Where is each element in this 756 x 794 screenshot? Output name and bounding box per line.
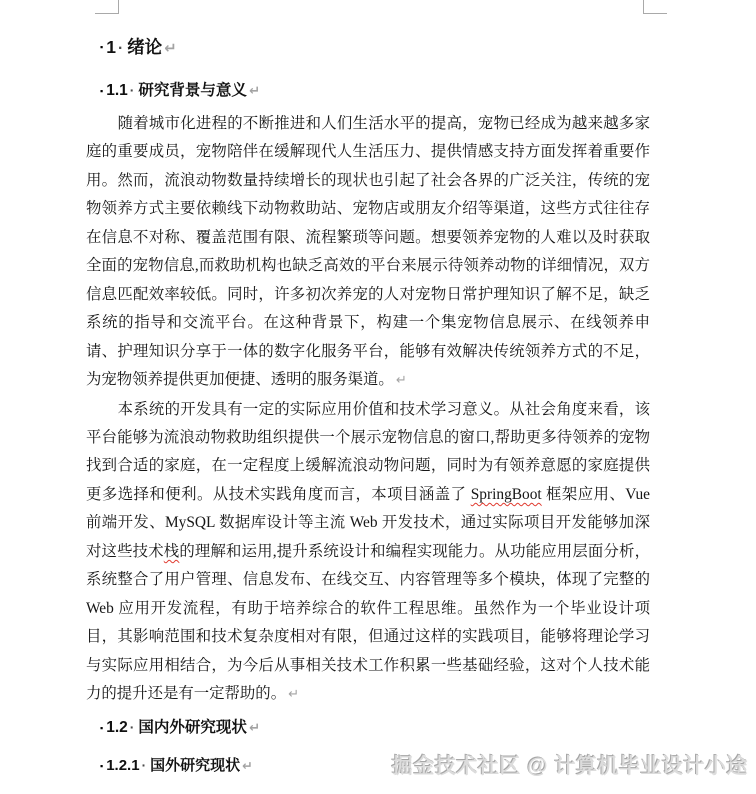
heading-style-marker-icon: ▪ bbox=[100, 86, 103, 96]
heading-number: 1.2.1 bbox=[106, 757, 139, 774]
document-page: ▪1·绪论↵ ▪1.1·研究背景与意义↵ 随着城市化进程的不断推进和人们生活水平… bbox=[0, 0, 756, 794]
heading-1-1-section: ▪1.1·研究背景与意义↵ bbox=[100, 81, 650, 101]
heading-style-marker-icon: ▪ bbox=[100, 723, 103, 733]
paragraph: 随着城市化进程的不断推进和人们生活水平的提高，宠物已经成为越来越多家庭的重要成员… bbox=[86, 110, 650, 396]
heading-title: 国外研究现状 bbox=[150, 757, 240, 774]
paragraph-mark: ↵ bbox=[249, 721, 260, 736]
misspelled-text-run: SpringBoot bbox=[471, 486, 542, 503]
heading-1-2-section: ▪1.2·国内外研究现状↵ bbox=[100, 718, 650, 738]
paragraph: 本系统的开发具有一定的实际应用价值和技术学习意义。从社会角度来看，该平台能够为流… bbox=[86, 396, 650, 710]
paragraph-mark: ↵ bbox=[396, 373, 407, 388]
space-formatting-mark: · bbox=[118, 40, 123, 57]
heading-title: 国内外研究现状 bbox=[138, 719, 247, 736]
space-formatting-mark: · bbox=[130, 82, 135, 98]
heading-1-chapter: ▪1·绪论↵ bbox=[100, 36, 650, 60]
document-content: ▪1·绪论↵ ▪1.1·研究背景与意义↵ 随着城市化进程的不断推进和人们生活水平… bbox=[86, 0, 650, 776]
paragraph-mark: ↵ bbox=[242, 759, 253, 774]
paragraph-mark: ↵ bbox=[288, 687, 299, 702]
text-run: 的理解和运用,提升系统设计和编程实现能力。从功能应用层面分析，系统整合了用户管理… bbox=[86, 543, 650, 702]
space-formatting-mark: · bbox=[142, 758, 147, 773]
space-formatting-mark: · bbox=[130, 719, 135, 735]
paragraph-mark: ↵ bbox=[164, 39, 176, 57]
text-run: 随着城市化进程的不断推进和人们生活水平的提高，宠物已经成为越来越多家庭的重要成员… bbox=[86, 115, 650, 388]
paragraph-mark: ↵ bbox=[249, 84, 260, 99]
heading-number: 1.1 bbox=[106, 82, 128, 99]
heading-number: 1.2 bbox=[106, 719, 128, 736]
heading-title: 研究背景与意义 bbox=[138, 82, 247, 99]
heading-style-marker-icon: ▪ bbox=[100, 42, 103, 52]
watermark: 掘金技术社区 @ 计算机毕业设计小途 bbox=[392, 750, 748, 780]
misspelled-text-run: 栈 bbox=[164, 543, 180, 560]
body-paragraphs: 随着城市化进程的不断推进和人们生活水平的提高，宠物已经成为越来越多家庭的重要成员… bbox=[86, 110, 650, 710]
heading-style-marker-icon: ▪ bbox=[100, 761, 103, 771]
heading-number: 1 bbox=[106, 37, 116, 57]
heading-title: 绪论 bbox=[127, 37, 162, 57]
